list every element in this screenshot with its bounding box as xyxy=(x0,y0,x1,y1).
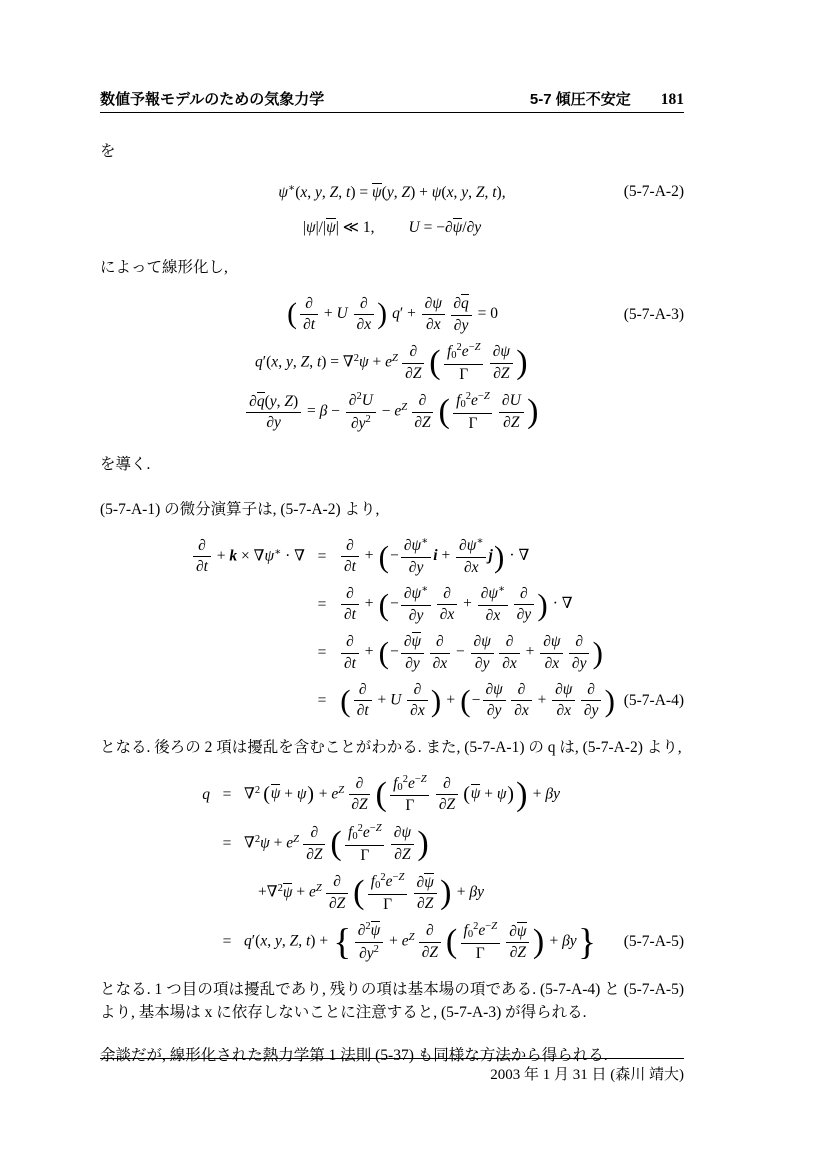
equation-line: =∂∂t + (−∂ψ∗∂y∂∂x + ∂ψ∗∂x∂∂y) · ∇ xyxy=(100,584,684,625)
equation-line: |ψ|/|ψ| ≪ 1,U = −∂ψ/∂y xyxy=(100,213,684,241)
equation-block-5-7-A-5: q=∇2(ψ + ψ) + eZ∂∂Z(f02e−ZΓ∂∂Z(ψ + ψ)) +… xyxy=(100,774,684,964)
equation-number: (5-7-A-2) xyxy=(624,183,684,201)
equation-number: (5-7-A-3) xyxy=(624,306,684,324)
equation-block-5-7-A-2: ψ∗(x, y, Z, t) = ψ(y, Z) + ψ(x, y, Z, t)… xyxy=(100,178,684,241)
document-page: 数値予報モデルのための気象力学 5-7 傾圧不安定 181 を ψ∗(x, y,… xyxy=(0,0,826,1169)
equation-line: +∇2ψ + eZ∂∂Z(f02e−ZΓ∂ψ∂Z) + βy xyxy=(100,872,684,914)
equation-line: q=∇2(ψ + ψ) + eZ∂∂Z(f02e−ZΓ∂∂Z(ψ + ψ)) +… xyxy=(100,774,684,816)
footer-date: 2003 年 1 月 31 日 (森川 靖大) xyxy=(490,1067,684,1083)
paragraph-intro: を xyxy=(100,140,684,163)
equation-line: ψ∗(x, y, Z, t) = ψ(y, Z) + ψ(x, y, Z, t)… xyxy=(100,178,684,206)
equation-line: q′(x, y, Z, t) = ∇2ψ + eZ∂∂Z(f02e−ZΓ∂ψ∂Z… xyxy=(100,342,684,384)
equation-line: =∇2ψ + eZ∂∂Z(f02e−ZΓ∂ψ∂Z) xyxy=(100,823,684,865)
equation-line: ∂q(y, Z)∂y = β − ∂2U∂y2 − eZ∂∂Z(f02e−ZΓ∂… xyxy=(100,391,684,433)
page-footer: 2003 年 1 月 31 日 (森川 靖大) xyxy=(100,1063,684,1084)
equation-block-5-7-A-3: (∂∂t + U ∂∂x)q′ + ∂ψ∂x∂q∂y = 0(5-7-A-3)q… xyxy=(100,294,684,433)
equation-number: (5-7-A-4) xyxy=(624,692,684,710)
footer-rule xyxy=(100,1058,684,1059)
equation-line: =q′(x, y, Z, t) + {∂2ψ∂y2 + eZ∂∂Z(f02e−Z… xyxy=(100,921,684,963)
paragraph-linearize: によって線形化し, xyxy=(100,256,684,279)
equation-number: (5-7-A-5) xyxy=(624,933,684,951)
paragraph-conclusion: となる. 1 つ目の項は擾乱であり, 残りの項は基本場の項である. (5-7-A… xyxy=(100,978,684,1024)
page-content: を ψ∗(x, y, Z, t) = ψ(y, Z) + ψ(x, y, Z, … xyxy=(100,0,684,1082)
equation-line: =(∂∂t + U ∂∂x) + (−∂ψ∂y∂∂x + ∂ψ∂x∂∂y)(5-… xyxy=(100,681,684,721)
equation-line: ∂∂t + k × ∇ψ∗ · ∇=∂∂t + (−∂ψ∗∂yi + ∂ψ∗∂x… xyxy=(100,536,684,577)
paragraph-derive: を導く. xyxy=(100,453,684,476)
equation-line: (∂∂t + U ∂∂x)q′ + ∂ψ∂x∂q∂y = 0(5-7-A-3) xyxy=(100,294,684,335)
equation-block-5-7-A-4: ∂∂t + k × ∇ψ∗ · ∇=∂∂t + (−∂ψ∗∂yi + ∂ψ∗∂x… xyxy=(100,536,684,720)
equation-line: =∂∂t + (−∂ψ∂y∂∂x − ∂ψ∂y∂∂x + ∂ψ∂x∂∂y) xyxy=(100,632,684,673)
paragraph-disturbance: となる. 後ろの 2 項は擾乱を含むことがわかる. また, (5-7-A-1) … xyxy=(100,736,684,759)
paragraph-operator: (5-7-A-1) の微分演算子は, (5-7-A-2) より, xyxy=(100,498,684,521)
